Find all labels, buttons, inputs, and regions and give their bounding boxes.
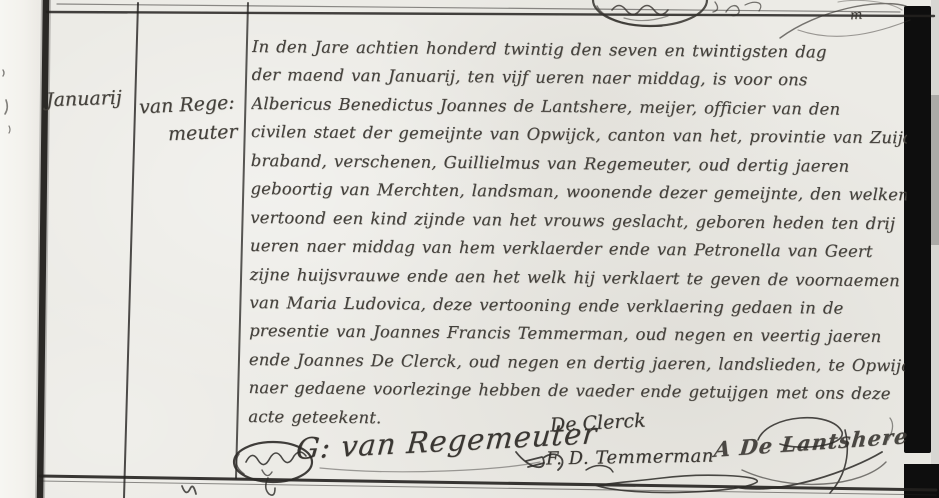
- signature-temmerman-flourish: [526, 457, 757, 493]
- bottom-oval-stamp: [234, 442, 312, 495]
- signature-father-flourish: [320, 452, 563, 472]
- scanned-register-page: Januarij van Rege: meuter In den Jare ac…: [0, 0, 939, 498]
- next-row-mark: [182, 486, 196, 494]
- ink-decorations-bottom: [0, 0, 939, 498]
- signature-officer-flourish: [735, 418, 893, 493]
